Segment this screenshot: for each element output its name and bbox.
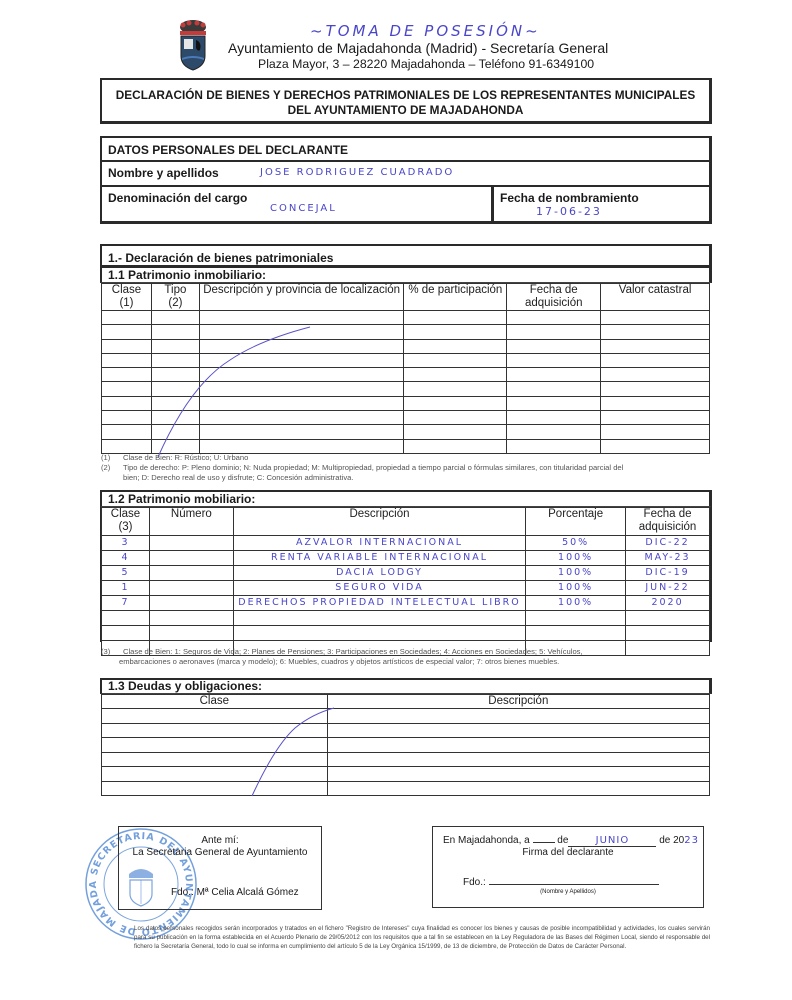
col-clase: Clase(3) xyxy=(102,508,150,536)
table-cell[interactable] xyxy=(327,723,709,738)
fdo-line: Fdo.: xyxy=(463,877,659,888)
table-cell[interactable] xyxy=(102,767,328,782)
cell-porcentaje[interactable]: 100% xyxy=(526,581,626,596)
table-cell[interactable] xyxy=(199,325,404,339)
name-field[interactable]: Nombre y apellidos JOSE RODRIGUEZ CUADRA… xyxy=(102,162,709,187)
table-cell[interactable] xyxy=(151,425,199,439)
col-descripcion: Descripción xyxy=(233,508,525,536)
table-cell[interactable] xyxy=(199,339,404,353)
table-row xyxy=(102,325,710,339)
table-cell[interactable] xyxy=(601,425,710,439)
table-cell[interactable] xyxy=(601,325,710,339)
table-row xyxy=(102,781,710,796)
table-cell[interactable] xyxy=(327,738,709,753)
col-tipo: Tipo(2) xyxy=(151,284,199,311)
before-me-label: Ante mí: xyxy=(119,835,321,846)
cell-fecha[interactable]: MAY-23 xyxy=(626,551,710,566)
cargo-value: CONCEJAL xyxy=(270,203,337,214)
table-cell[interactable] xyxy=(507,339,601,353)
table-cell[interactable] xyxy=(404,325,507,339)
cell-clase[interactable]: 7 xyxy=(102,596,150,611)
table-cell[interactable] xyxy=(199,368,404,382)
table-row xyxy=(102,709,710,724)
table-cell[interactable] xyxy=(507,411,601,425)
table-cell[interactable] xyxy=(151,325,199,339)
cell-numero[interactable] xyxy=(149,536,233,551)
col-valor-catastral: Valor catastral xyxy=(601,284,710,311)
table-row xyxy=(102,382,710,396)
table-cell[interactable] xyxy=(601,411,710,425)
table-cell[interactable] xyxy=(199,425,404,439)
organization-name: Ayuntamiento de Majadahonda (Madrid) - S… xyxy=(228,40,608,56)
section-1-heading: 1.- Declaración de bienes patrimoniales xyxy=(100,244,712,268)
table-cell[interactable] xyxy=(507,325,601,339)
data-protection-notice: Los datos personales recogidos serán inc… xyxy=(134,924,710,951)
handwritten-note: ~TOMA DE POSESIÓN~ xyxy=(310,22,541,40)
signature-name-blank[interactable] xyxy=(489,884,659,885)
table-cell[interactable] xyxy=(102,339,152,353)
col-numero: Número xyxy=(149,508,233,536)
table-row xyxy=(102,339,710,353)
table-cell[interactable] xyxy=(507,353,601,367)
table-cell[interactable] xyxy=(404,382,507,396)
cell-porcentaje[interactable] xyxy=(526,626,626,641)
cell-clase[interactable]: 1 xyxy=(102,581,150,596)
title-line-1: DECLARACIÓN DE BIENES Y DERECHOS PATRIMO… xyxy=(102,88,709,103)
table-cell[interactable] xyxy=(507,439,601,453)
name-hint: (Nombre y Apellidos) xyxy=(433,889,703,895)
table-cell[interactable] xyxy=(404,311,507,325)
cell-descripcion[interactable]: DACIA LODGY xyxy=(233,566,525,581)
col-fecha-adquisicion: Fecha de adquisición xyxy=(507,284,601,311)
table-cell[interactable] xyxy=(404,425,507,439)
table-cell[interactable] xyxy=(327,709,709,724)
table-row xyxy=(102,439,710,453)
table-cell[interactable] xyxy=(199,439,404,453)
table-cell[interactable] xyxy=(199,353,404,367)
cell-numero[interactable] xyxy=(149,566,233,581)
table-cell[interactable] xyxy=(601,439,710,453)
cell-porcentaje[interactable]: 100% xyxy=(526,596,626,611)
col-descripcion: Descripción xyxy=(327,695,709,709)
table-cell[interactable] xyxy=(102,382,152,396)
personal-data-section: DATOS PERSONALES DEL DECLARANTE Nombre y… xyxy=(100,136,712,224)
table-cell[interactable] xyxy=(102,411,152,425)
cell-porcentaje[interactable] xyxy=(526,611,626,626)
table-cell[interactable] xyxy=(601,311,710,325)
table-row xyxy=(102,411,710,425)
table-cell[interactable] xyxy=(151,439,199,453)
table-cell[interactable] xyxy=(327,767,709,782)
table-cell[interactable] xyxy=(102,425,152,439)
cargo-label: Denominación del cargo xyxy=(108,191,247,205)
table-row xyxy=(102,311,710,325)
appointment-date-value: 17-06-23 xyxy=(536,205,709,218)
cell-numero[interactable] xyxy=(149,596,233,611)
title-line-2: DEL AYUNTAMIENTO DE MAJADAHONDA xyxy=(102,103,709,118)
cell-fecha[interactable]: DIC-22 xyxy=(626,536,710,551)
table-row xyxy=(102,353,710,367)
table-cell[interactable] xyxy=(102,723,328,738)
table-row xyxy=(102,611,710,626)
debts-heading: 1.3 Deudas y obligaciones: xyxy=(100,680,712,694)
name-label: Nombre y apellidos xyxy=(108,166,219,180)
secretary-title: La Secretaria General de Ayuntamiento xyxy=(119,847,321,858)
cell-descripcion[interactable]: AZVALOR INTERNACIONAL xyxy=(233,536,525,551)
cell-fecha[interactable]: 2020 xyxy=(626,596,710,611)
coat-of-arms-logo xyxy=(176,18,210,72)
cell-clase[interactable]: 3 xyxy=(102,536,150,551)
table-cell[interactable] xyxy=(327,752,709,767)
table-cell[interactable] xyxy=(102,353,152,367)
table-row xyxy=(102,738,710,753)
table-row: 4RENTA VARIABLE INTERNACIONAL100%MAY-23 xyxy=(102,551,710,566)
cell-numero[interactable] xyxy=(149,611,233,626)
table-cell[interactable] xyxy=(601,396,710,410)
declarant-signature-label: Firma del declarante xyxy=(433,847,703,858)
table-cell[interactable] xyxy=(327,781,709,796)
cell-numero[interactable] xyxy=(149,581,233,596)
table-cell[interactable] xyxy=(102,781,328,796)
cell-porcentaje[interactable]: 50% xyxy=(526,536,626,551)
table-row: 7DERECHOS PROPIEDAD INTELECTUAL LIBRO100… xyxy=(102,596,710,611)
table-cell[interactable] xyxy=(507,368,601,382)
secretary-signature-box: Ante mí: La Secretaria General de Ayunta… xyxy=(118,826,322,910)
cell-porcentaje[interactable]: 100% xyxy=(526,551,626,566)
cell-numero[interactable] xyxy=(149,626,233,641)
col-descripcion: Descripción y provincia de localización xyxy=(199,284,404,311)
table-row xyxy=(102,368,710,382)
table-cell[interactable] xyxy=(102,396,152,410)
table-row xyxy=(102,425,710,439)
table-cell[interactable] xyxy=(404,368,507,382)
table-cell[interactable] xyxy=(151,311,199,325)
table-cell[interactable] xyxy=(601,368,710,382)
col-clase: Clase(1) xyxy=(102,284,152,311)
cell-fecha[interactable] xyxy=(626,611,710,626)
secretary-name: Fdo.: Mª Celia Alcalá Gómez xyxy=(171,887,299,898)
cell-descripcion[interactable]: SEGURO VIDA xyxy=(233,581,525,596)
table-cell[interactable] xyxy=(102,738,328,753)
real-estate-notes: (1)Clase de Bien: R: Rústico; U: Urbano … xyxy=(101,453,711,483)
movable-assets-heading: 1.2 Patrimonio mobiliario: xyxy=(100,492,712,507)
cell-clase[interactable]: 4 xyxy=(102,551,150,566)
cell-clase[interactable]: 5 xyxy=(102,566,150,581)
table-cell[interactable] xyxy=(199,411,404,425)
table-row xyxy=(102,723,710,738)
table-cell[interactable] xyxy=(199,311,404,325)
date-place-line: En Majadahonda, a deJUNIO de 2023 xyxy=(443,835,699,847)
table-row xyxy=(102,626,710,641)
table-cell[interactable] xyxy=(601,339,710,353)
table-row xyxy=(102,767,710,782)
col-porcentaje: Porcentaje xyxy=(526,508,626,536)
declarant-signature-box[interactable]: En Majadahonda, a deJUNIO de 2023 Firma … xyxy=(432,826,704,908)
real-estate-heading: 1.1 Patrimonio inmobiliario: xyxy=(100,268,712,283)
appointment-date-field[interactable]: Fecha de nombramiento 17-06-23 xyxy=(494,187,709,223)
table-cell[interactable] xyxy=(601,382,710,396)
month-value[interactable]: JUNIO xyxy=(568,835,656,847)
table-cell[interactable] xyxy=(199,382,404,396)
table-cell[interactable] xyxy=(102,709,328,724)
table-cell[interactable] xyxy=(507,311,601,325)
table-cell[interactable] xyxy=(199,396,404,410)
name-value: JOSE RODRIGUEZ CUADRADO xyxy=(260,167,454,178)
table-cell[interactable] xyxy=(507,396,601,410)
cell-descripcion[interactable]: RENTA VARIABLE INTERNACIONAL xyxy=(233,551,525,566)
table-cell[interactable] xyxy=(151,411,199,425)
cell-numero[interactable] xyxy=(149,551,233,566)
table-row: 1SEGURO VIDA100%JUN-22 xyxy=(102,581,710,596)
table-cell[interactable] xyxy=(151,382,199,396)
table-cell[interactable] xyxy=(507,382,601,396)
cell-descripcion[interactable] xyxy=(233,611,525,626)
table-cell[interactable] xyxy=(404,411,507,425)
table-row xyxy=(102,752,710,767)
organization-address: Plaza Mayor, 3 – 28220 Majadahonda – Tel… xyxy=(258,57,594,71)
table-row: 3AZVALOR INTERNACIONAL50%DIC-22 xyxy=(102,536,710,551)
table-cell[interactable] xyxy=(151,368,199,382)
document-title: DECLARACIÓN DE BIENES Y DERECHOS PATRIMO… xyxy=(100,78,712,124)
table-cell[interactable] xyxy=(151,353,199,367)
col-clase: Clase xyxy=(102,695,328,709)
table-cell[interactable] xyxy=(404,396,507,410)
appointment-date-label: Fecha de nombramiento xyxy=(500,191,639,205)
day-blank[interactable] xyxy=(533,842,555,843)
table-cell[interactable] xyxy=(507,425,601,439)
col-fecha-adquisicion: Fecha de adquisición xyxy=(626,508,710,536)
table-cell[interactable] xyxy=(102,439,152,453)
table-row: 5DACIA LODGY100%DIC-19 xyxy=(102,566,710,581)
col-participacion: % de participación xyxy=(404,284,507,311)
cargo-field[interactable]: Denominación del cargo CONCEJAL xyxy=(102,187,494,223)
table-cell[interactable] xyxy=(151,339,199,353)
real-estate-table: Clase(1) Tipo(2) Descripción y provincia… xyxy=(101,283,710,454)
table-cell[interactable] xyxy=(102,368,152,382)
year-suffix: 23 xyxy=(684,835,699,846)
table-cell[interactable] xyxy=(102,325,152,339)
cell-descripcion[interactable]: DERECHOS PROPIEDAD INTELECTUAL LIBRO xyxy=(233,596,525,611)
letterhead: ~TOMA DE POSESIÓN~ Ayuntamiento de Majad… xyxy=(176,18,596,78)
cell-fecha[interactable] xyxy=(626,626,710,641)
table-cell[interactable] xyxy=(601,353,710,367)
table-cell[interactable] xyxy=(102,752,328,767)
table-cell[interactable] xyxy=(404,439,507,453)
cell-clase[interactable] xyxy=(102,611,150,626)
table-cell[interactable] xyxy=(102,311,152,325)
movable-assets-table: Clase(3) Número Descripción Porcentaje F… xyxy=(101,507,710,656)
cell-fecha[interactable]: DIC-19 xyxy=(626,566,710,581)
cell-fecha[interactable]: JUN-22 xyxy=(626,581,710,596)
personal-data-heading: DATOS PERSONALES DEL DECLARANTE xyxy=(102,138,709,162)
cell-descripcion[interactable] xyxy=(233,626,525,641)
table-cell[interactable] xyxy=(404,339,507,353)
table-cell[interactable] xyxy=(151,396,199,410)
cell-clase[interactable] xyxy=(102,626,150,641)
cell-porcentaje[interactable]: 100% xyxy=(526,566,626,581)
debts-table: Clase Descripción xyxy=(101,694,710,796)
table-cell[interactable] xyxy=(404,353,507,367)
table-row xyxy=(102,396,710,410)
movable-assets-notes: (3)Clase de Bien: 1: Seguros de Vida; 2:… xyxy=(101,647,711,667)
